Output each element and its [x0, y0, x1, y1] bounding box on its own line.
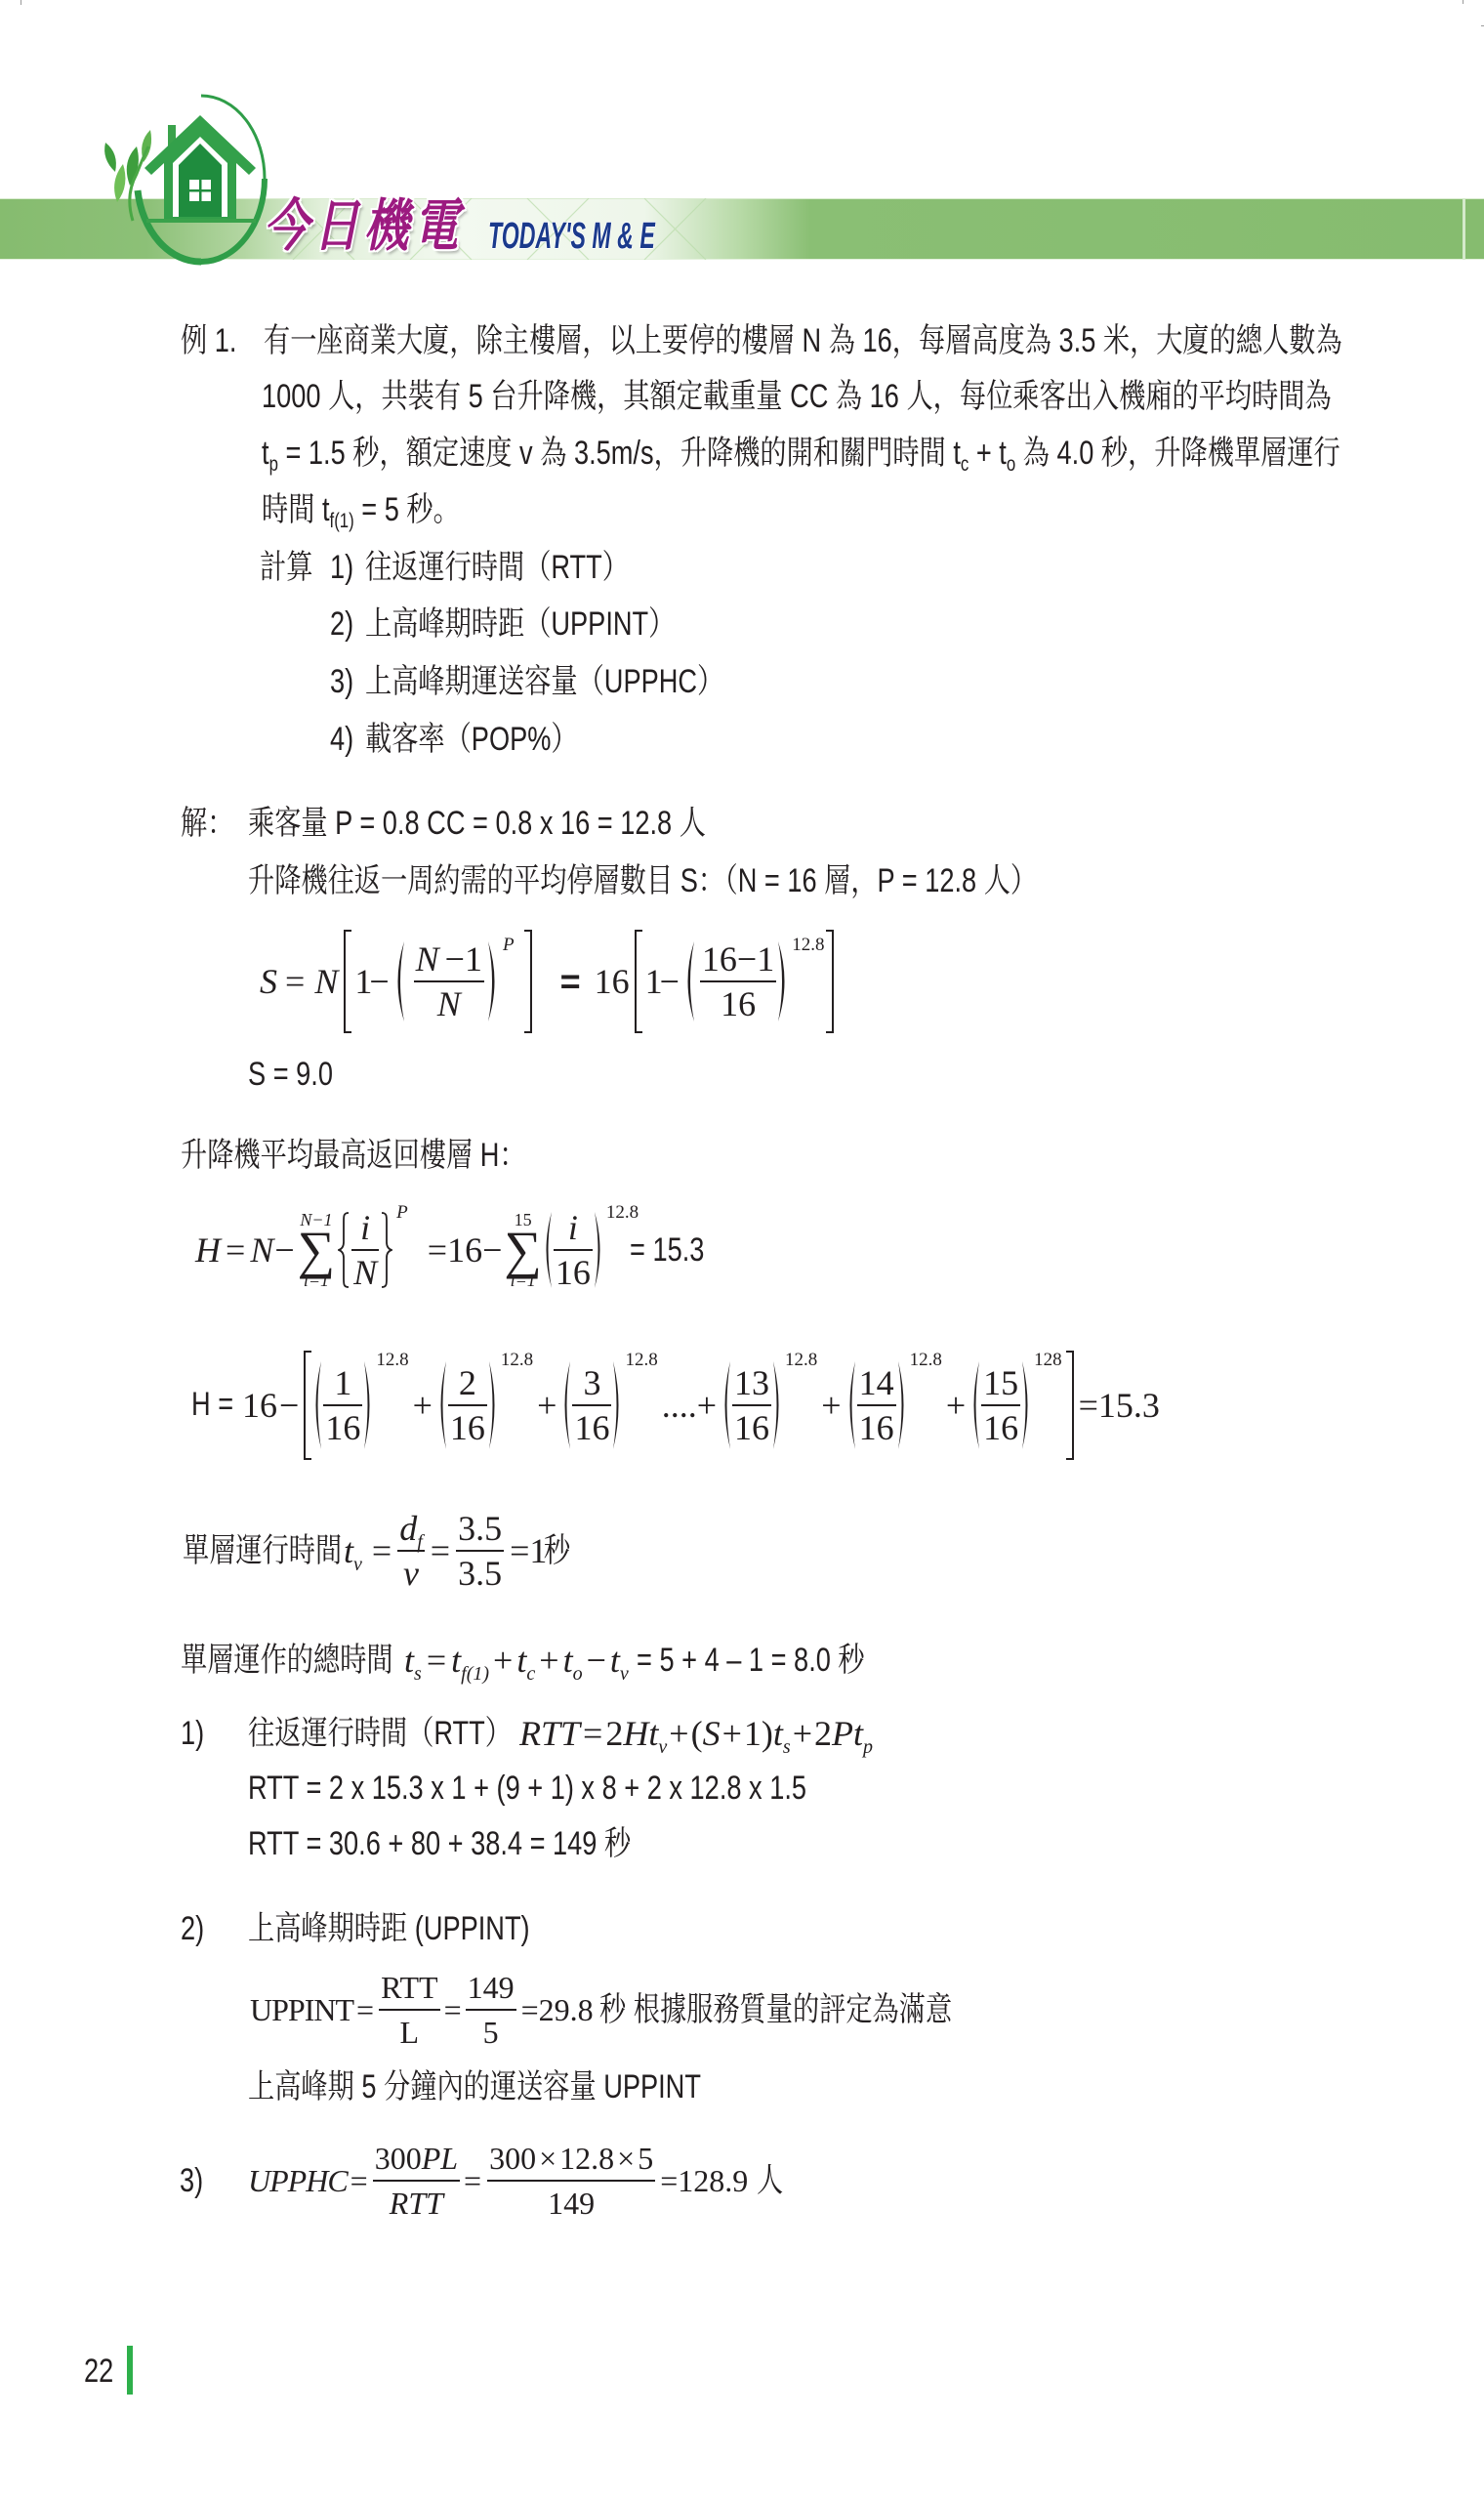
numerator: RTT	[379, 1966, 440, 2011]
var-t: t	[404, 1641, 414, 1680]
uppint-label: 上高峰期時距 (UPPINT)	[248, 1909, 530, 1948]
left-paren	[969, 1361, 979, 1449]
fraction: 1516	[981, 1361, 1020, 1449]
rtt-label: 往返運行時間（RTT）	[248, 1714, 512, 1753]
numerator: 14	[857, 1361, 896, 1406]
subscript: f(1)	[461, 1663, 489, 1685]
var-n: N	[416, 939, 439, 979]
left-bracket	[634, 930, 642, 1033]
var-t: t	[610, 1641, 620, 1680]
uppint-formula: UPPINT = RTTL = 1495 =29.8	[250, 1967, 594, 2053]
denominator: v	[397, 1552, 425, 1595]
subscript: v	[620, 1663, 629, 1685]
plus: +	[946, 1388, 966, 1423]
uppint-note: 上高峰期 5 分鐘內的運送容量 UPPINT	[248, 2067, 701, 2106]
left-paren	[682, 941, 694, 1021]
numerator: 149	[466, 1966, 516, 2011]
rtt-formula: RTT = 2 H tv + ( S + 1 ) ts + 2 P tp	[519, 1704, 873, 1763]
highest-floor-result: = 15.3	[630, 1230, 704, 1270]
constant-300: 300	[375, 2141, 422, 2176]
exponent: P	[503, 936, 515, 955]
fraction: iN	[351, 1206, 379, 1294]
plus: +	[493, 1643, 513, 1678]
right-bracket	[1066, 1351, 1075, 1460]
var-s: S	[260, 964, 277, 999]
minus: −	[660, 964, 680, 999]
exponent: 12.8	[910, 1351, 942, 1370]
exponent: 12.8	[792, 936, 824, 955]
open-paren: (	[691, 1716, 703, 1751]
var-t: t	[563, 1641, 573, 1680]
denominator: 16	[572, 1406, 611, 1449]
right-paren	[489, 1361, 499, 1449]
rtt-calc-1: RTT = 2 x 15.3 x 1 + (9 + 1) x 8 + 2 x 1…	[248, 1769, 806, 1808]
h-expansion-result: =15.3	[1079, 1388, 1160, 1423]
task-text: 上高峰期時距（UPPINT）	[365, 604, 675, 644]
exponent: 12.8	[606, 1203, 639, 1223]
right-paren	[778, 941, 790, 1021]
equals: =	[431, 1533, 450, 1568]
magazine-title-en: TODAY'S M & E	[488, 217, 655, 256]
exponent: 12.8	[625, 1351, 657, 1370]
unit-persons: 人	[757, 2161, 783, 2200]
equals: =	[583, 1716, 602, 1751]
result: =29.8	[521, 1994, 594, 2025]
right-paren	[364, 1361, 374, 1449]
example-line-2: 1000 人，共裝有 5 台升降機，其額定載重量 CC 為 16 人，每位乘客出…	[262, 377, 1332, 416]
fraction: 3.53.5	[456, 1507, 504, 1595]
var-p: P	[832, 1716, 853, 1751]
plus: +	[413, 1388, 433, 1423]
var-h: H	[195, 1232, 221, 1268]
fraction: 216	[448, 1361, 487, 1449]
exponent: 12.8	[501, 1351, 533, 1370]
right-paren	[488, 941, 500, 1021]
denominator: 16	[700, 982, 776, 1025]
floor-travel-time-formula: tv = dfv = 3.53.5 =1	[344, 1504, 547, 1598]
tasks-label: 計算	[260, 548, 312, 587]
house-leaf-logo-icon	[0, 0, 293, 283]
left-paren	[845, 1361, 855, 1449]
subscript: p	[863, 1736, 873, 1758]
var-pl: PL	[422, 2141, 458, 2176]
task-number: 4)	[330, 720, 353, 759]
right-paren	[595, 1212, 604, 1288]
task-text: 往返運行時間（RTT）	[365, 548, 629, 587]
step-number: 1)	[181, 1714, 204, 1753]
value-16: 16	[595, 964, 630, 999]
numerator-rest: −1	[445, 939, 482, 979]
plus: +	[537, 1388, 556, 1423]
right-paren	[613, 1361, 623, 1449]
minus: −	[369, 964, 389, 999]
subscript: v	[353, 1554, 362, 1575]
unit-seconds: 秒	[544, 1531, 570, 1570]
stops-result: S = 9.0	[248, 1055, 333, 1094]
subscript: f(1)	[330, 510, 354, 532]
total-floor-time-formula: ts = tf(1) + tc + to − tv	[404, 1631, 629, 1689]
var-to: to	[563, 1639, 583, 1682]
coefficient: 2	[605, 1716, 623, 1751]
left-paren	[542, 1212, 552, 1288]
var-tv: tv	[344, 1529, 362, 1572]
denominator: 3.5	[456, 1552, 504, 1595]
var-ts: ts	[773, 1712, 791, 1755]
denominator: 5	[466, 2011, 516, 2054]
close-paren: )	[762, 1716, 773, 1751]
sum-lower-limit: i=1	[304, 1271, 329, 1289]
text-segment: = 1.5 秒，額定速度 v 為 3.5m/s，升降機的開和關門時間	[278, 435, 953, 472]
task-text: 載客率（POP%）	[365, 720, 578, 759]
subscript: o	[1007, 453, 1015, 476]
equals: =	[427, 1643, 446, 1678]
text-segment: = 5 秒。	[354, 491, 460, 528]
left-bracket	[343, 930, 351, 1033]
plus: +	[722, 1716, 742, 1751]
minus: −	[587, 1643, 606, 1678]
equals: =	[350, 2165, 368, 2196]
var-t: t	[344, 1531, 353, 1570]
denominator: N	[351, 1251, 379, 1294]
floor-travel-time-label: 單層運行時間	[183, 1531, 342, 1570]
var-t: t	[999, 435, 1007, 472]
denominator: RTT	[373, 2182, 460, 2225]
var-tc: tc	[516, 1639, 535, 1682]
upphc-formula: UPPHC = 300PLRTT = 300 × 12.8 × 5149 =12…	[248, 2134, 748, 2228]
band-divider	[1463, 198, 1465, 260]
plus: +	[821, 1388, 841, 1423]
crop-mark	[1463, 0, 1463, 4]
right-brace	[381, 1212, 392, 1288]
left-paren	[721, 1361, 730, 1449]
var-t: t	[322, 491, 330, 528]
fraction: 1416	[857, 1361, 896, 1449]
text-segment: 時間	[262, 491, 322, 528]
var-t: t	[516, 1641, 526, 1680]
fraction: N−1N	[414, 937, 484, 1025]
fraction: 300 × 12.8 × 5149	[487, 2137, 655, 2225]
numerator: i	[554, 1206, 593, 1251]
sigma-symbol: ∑	[298, 1229, 336, 1271]
denominator: 16	[732, 1406, 771, 1449]
var-tv: tv	[610, 1639, 629, 1682]
fraction: 300PLRTT	[373, 2137, 460, 2225]
solution-label: 解：	[181, 804, 233, 843]
var-tf1: tf(1)	[451, 1639, 489, 1682]
example-line-3: tp = 1.5 秒，額定速度 v 為 3.5m/s，升降機的開和關門時間 tc…	[262, 434, 1340, 473]
left-bracket	[303, 1351, 311, 1460]
var-n: N	[250, 1232, 273, 1268]
denominator: 16	[323, 1406, 362, 1449]
denominator: 16	[981, 1406, 1020, 1449]
stops-intro: 升降機往返一周約需的平均停層數目 S：（N = 16 層，P = 12.8 人）	[248, 861, 1037, 900]
var-d: d	[399, 1509, 417, 1548]
right-paren	[773, 1361, 783, 1449]
task-number: 2)	[330, 604, 353, 644]
highest-floor-intro: 升降機平均最高返回樓層 H：	[181, 1136, 526, 1175]
denominator: 16	[554, 1251, 593, 1294]
numerator: 300 × 12.8 × 5	[487, 2137, 655, 2182]
denominator: 149	[487, 2182, 655, 2225]
var-s: S	[703, 1716, 721, 1751]
numerator: 1	[323, 1361, 362, 1406]
ellipsis-plus: ....+	[662, 1388, 717, 1423]
one: 1	[744, 1716, 762, 1751]
var-t: t	[953, 435, 961, 472]
var-t: t	[451, 1641, 461, 1680]
numerator: i	[351, 1206, 379, 1251]
numerator: 2	[448, 1361, 487, 1406]
right-bracket	[524, 930, 533, 1033]
left-paren	[436, 1361, 446, 1449]
example-line-4: 時間 tf(1) = 5 秒。	[262, 490, 460, 529]
fraction: 1495	[466, 1966, 516, 2054]
sum-lower-limit: i=1	[511, 1271, 536, 1289]
var-t: t	[853, 1714, 863, 1753]
equals: =	[226, 1232, 245, 1268]
subscript: v	[658, 1736, 667, 1758]
equals: =	[372, 1533, 392, 1568]
equals: =	[464, 2165, 481, 2196]
subscript: p	[269, 453, 278, 476]
page-number: 22	[84, 2352, 113, 2391]
left-brace	[338, 1212, 350, 1288]
exponent: 12.8	[785, 1351, 817, 1370]
var-n: N	[314, 964, 338, 999]
example-line-1: 有一座商業大廈，除主樓層，以上要停的樓層 N 為 16，每層高度為 3.5 米，…	[264, 321, 1342, 360]
exponent: 128	[1034, 1351, 1062, 1370]
fraction: i16	[554, 1206, 593, 1294]
right-paren	[1022, 1361, 1032, 1449]
fraction: dfv	[397, 1507, 425, 1595]
var-tp: tp	[853, 1712, 873, 1755]
numerator: 16−1	[700, 937, 776, 982]
page-number-bar	[127, 2346, 133, 2395]
stops-formula: S = N 1 − N−1N P = 16 1 − 16−116 12.8	[260, 930, 835, 1033]
summation: N−1∑i=1	[298, 1211, 336, 1289]
var-tv: tv	[648, 1712, 667, 1755]
equals: =	[560, 964, 581, 999]
equals: =	[285, 964, 305, 999]
right-paren	[898, 1361, 908, 1449]
plus: +	[669, 1716, 688, 1751]
right-bracket	[826, 930, 835, 1033]
total-floor-time-label: 單層運作的總時間	[181, 1641, 393, 1680]
magazine-title: 今日機電	[264, 191, 464, 260]
subscript: c	[526, 1663, 535, 1685]
total-floor-time-result: = 5 + 4 – 1 = 8.0 秒	[637, 1641, 865, 1680]
h-expansion-formula: 16 − 116 12.8 + 216 12.8 + 316 12.8 ....…	[242, 1351, 1160, 1460]
minus: −	[274, 1232, 294, 1268]
numerator: 3	[572, 1361, 611, 1406]
numerator: 15	[981, 1361, 1020, 1406]
var-ts: ts	[404, 1639, 422, 1682]
left-paren	[560, 1361, 570, 1449]
text-segment: 為 4.0 秒，升降機單層運行	[1015, 435, 1340, 472]
task-number: 3)	[330, 662, 353, 701]
exponent: P	[396, 1203, 408, 1223]
rtt-calc-2: RTT = 30.6 + 80 + 38.4 = 149 秒	[248, 1824, 631, 1863]
uppint-remark: 秒 根據服務質量的評定為滿意	[599, 1990, 952, 2029]
subscript: f	[417, 1531, 423, 1553]
plus: +	[539, 1643, 558, 1678]
minus: −	[279, 1388, 299, 1423]
left-paren	[311, 1361, 321, 1449]
equals: =	[444, 1994, 462, 2025]
coefficient: 2	[814, 1716, 832, 1751]
numerator: 3.5	[456, 1507, 504, 1552]
denominator: L	[379, 2011, 440, 2054]
h-expansion-lhs: H =	[191, 1385, 233, 1424]
passenger-load-line: 乘客量 P = 0.8 CC = 0.8 x 16 = 12.8 人	[248, 804, 706, 843]
left-paren	[392, 941, 404, 1021]
subscript: s	[414, 1663, 422, 1685]
task-number: 1)	[330, 548, 353, 587]
var-rtt: RTT	[519, 1716, 580, 1751]
value-16: 16	[242, 1388, 277, 1423]
denominator: 16	[448, 1406, 487, 1449]
example-label: 例 1.	[181, 321, 236, 360]
fraction: RTTL	[379, 1966, 440, 2054]
var-t: t	[648, 1714, 658, 1753]
summation: 15∑i=1	[504, 1211, 542, 1289]
denominator: N	[414, 982, 484, 1025]
fraction: 16−116	[700, 937, 776, 1025]
task-text: 上高峰期運送容量（UPPHC）	[365, 662, 723, 701]
equals-16: =16	[428, 1232, 482, 1268]
result: =1	[510, 1533, 547, 1568]
var-upphc: UPPHC	[248, 2165, 348, 2196]
step-number: 3)	[180, 2161, 203, 2200]
result: =128.9	[660, 2165, 748, 2196]
var-h: H	[623, 1716, 648, 1751]
plus: +	[793, 1716, 812, 1751]
minus: −	[482, 1232, 502, 1268]
fraction: 1316	[732, 1361, 771, 1449]
var-t: t	[773, 1714, 783, 1753]
fraction: 316	[572, 1361, 611, 1449]
var-uppint: UPPINT	[250, 1994, 353, 2025]
denominator: 16	[857, 1406, 896, 1449]
exponent: 12.8	[376, 1351, 408, 1370]
numerator: 13	[732, 1361, 771, 1406]
step-number: 2)	[181, 1909, 204, 1948]
sigma-symbol: ∑	[504, 1229, 542, 1271]
text-segment: +	[969, 435, 999, 472]
subscript: s	[783, 1736, 791, 1758]
subscript: o	[573, 1663, 583, 1685]
equals: =	[356, 1994, 374, 2025]
fraction: 116	[323, 1361, 362, 1449]
highest-floor-formula: H = N − N−1∑i=1 iN P =16 − 15∑i=1 i16 12…	[195, 1201, 639, 1299]
